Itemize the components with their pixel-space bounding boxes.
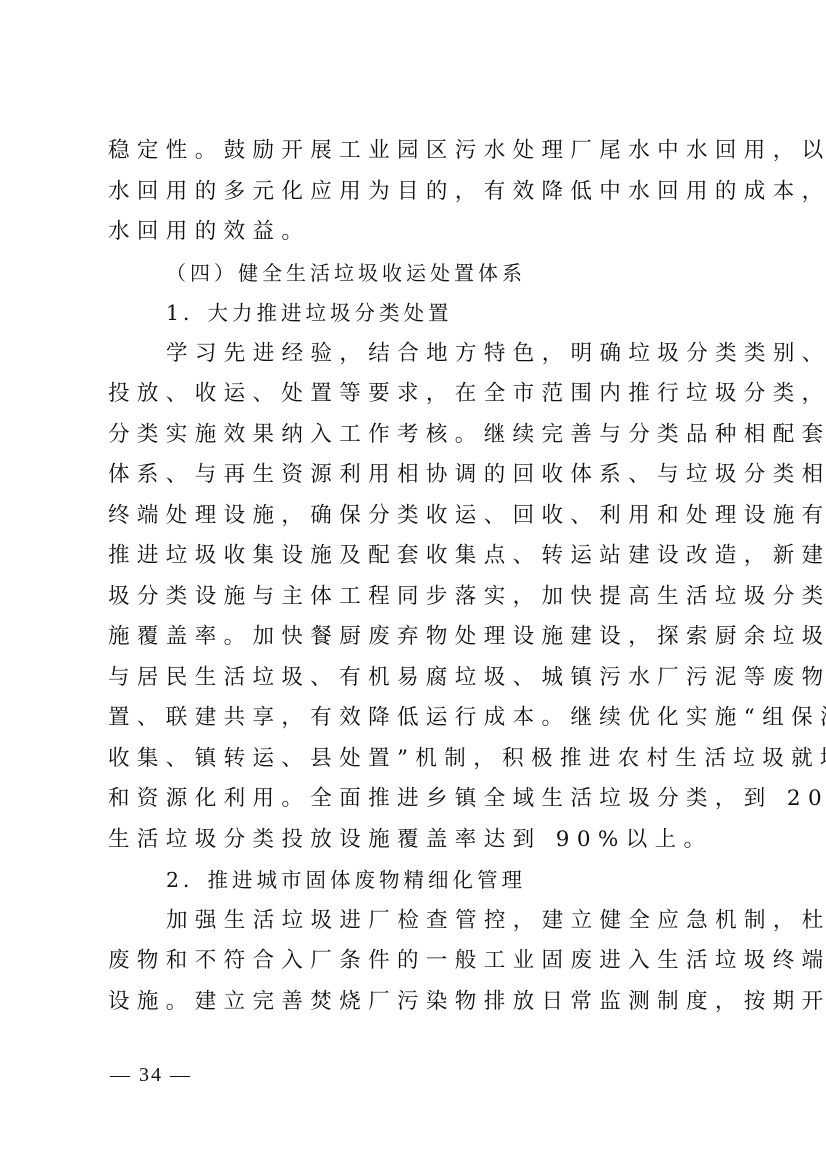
- paragraph-line: 置、联建共享，有效降低运行成本。继续优化实施“组保洁、村: [108, 698, 720, 739]
- paragraph-line: 水回用的多元化应用为目的，有效降低中水回用的成本，增加中: [108, 172, 720, 213]
- page-number: — 34 —: [110, 1064, 192, 1087]
- section-heading: （四）健全生活垃圾收运处置体系: [108, 253, 720, 294]
- paragraph-line: 稳定性。鼓励开展工业园区污水处理厂尾水中水回用，以实现中: [108, 131, 720, 172]
- paragraph-line: 设施。建立完善焚烧厂污染物排放日常监测制度，按期开展污染: [108, 982, 720, 1023]
- paragraph-line: 收集、镇转运、县处置”机制，积极推进农村生活垃圾就地分类: [108, 739, 720, 780]
- paragraph-line: 施覆盖率。加快餐厨废弃物处理设施建设，探索厨余垃圾废弃物: [108, 617, 720, 658]
- paragraph-line: 投放、收运、处置等要求，在全市范围内推行垃圾分类，将垃圾: [108, 374, 720, 415]
- paragraph-line: 废物和不符合入厂条件的一般工业固废进入生活垃圾终端处理: [108, 941, 720, 982]
- paragraph-line: 终端处理设施，确保分类收运、回收、利用和处理设施有效衔接。: [108, 496, 720, 537]
- paragraph-line: 分类实施效果纳入工作考核。继续完善与分类品种相配套的收运: [108, 415, 720, 456]
- paragraph-line: 和资源化利用。全面推进乡镇全域生活垃圾分类，到 2025 年，: [108, 779, 720, 820]
- paragraph-line: 圾分类设施与主体工程同步落实，加快提高生活垃圾分类投放设: [108, 577, 720, 618]
- document-page: 稳定性。鼓励开展工业园区污水处理厂尾水中水回用，以实现中 水回用的多元化应用为目…: [108, 131, 720, 1022]
- paragraph-line: 推进垃圾收集设施及配套收集点、转运站建设改造，新建住宅垃: [108, 536, 720, 577]
- subsection-heading: 2．推进城市固体废物精细化管理: [108, 860, 720, 901]
- subsection-heading: 1．大力推进垃圾分类处置: [108, 293, 720, 334]
- paragraph-line: 水回用的效益。: [108, 212, 720, 253]
- paragraph-line: 学习先进经验，结合地方特色，明确垃圾分类类别、品种、: [108, 334, 720, 375]
- paragraph-line: 体系、与再生资源利用相协调的回收体系、与垃圾分类相衔接的: [108, 455, 720, 496]
- paragraph-line: 加强生活垃圾进厂检查管控，建立健全应急机制，杜绝危险: [108, 901, 720, 942]
- paragraph-line: 与居民生活垃圾、有机易腐垃圾、城镇污水厂污泥等废物协同处: [108, 658, 720, 699]
- paragraph-line: 生活垃圾分类投放设施覆盖率达到 90%以上。: [108, 820, 720, 861]
